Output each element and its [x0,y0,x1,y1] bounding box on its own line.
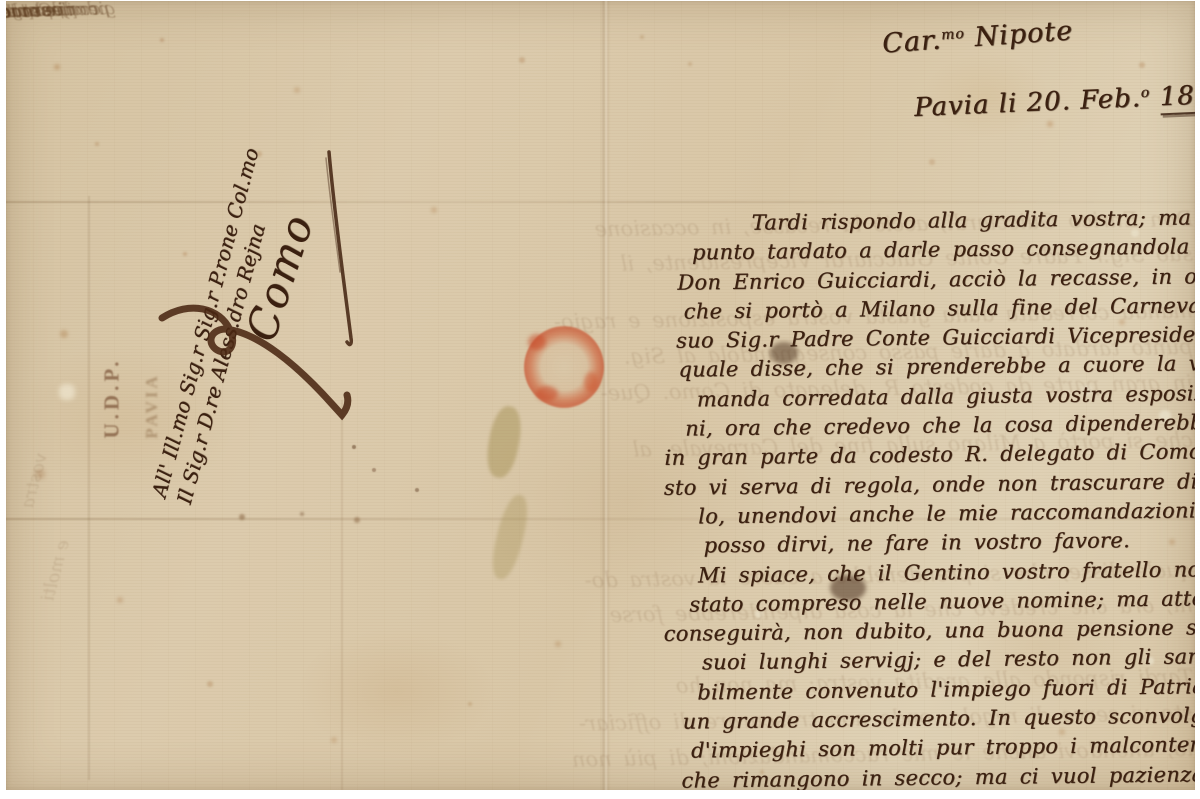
ink-layer: Don Enrico Guicciardi, acciò la recasse,… [6,1,1195,790]
faded-stamp-remnant [483,404,525,480]
ink-smudge [770,342,798,364]
salutation: Car.mo Nipote [881,15,1074,59]
letter-scan: Don Enrico Guicciardi, acciò la recasse,… [0,0,1200,799]
ink-smudge [830,575,866,601]
ink-showthrough-fragment: per me [6,1,65,22]
dateline-year: 1816. [1159,79,1195,115]
letter-body: Tardi rispondo alla gradita vostra; ma n… [606,201,1195,790]
ink-showthrough-fragment: e molti [37,537,74,603]
vertical-fold-crease-mid [341,400,343,790]
ink-showthrough-fragment: vostra [17,450,52,510]
wax-seal-blot [536,386,558,401]
dateline: Pavia li 20. Feb.o 1816. [914,79,1195,123]
wax-seal-blot [584,372,598,392]
wax-seal-blot [528,334,546,350]
postmark-pavia: PAVIA [142,373,162,438]
como-underline-flourish [326,152,351,345]
faded-stamp-remnant [487,492,533,582]
postmark-udp: U.D.P. [100,358,125,439]
vertical-fold-crease-left [88,196,90,780]
